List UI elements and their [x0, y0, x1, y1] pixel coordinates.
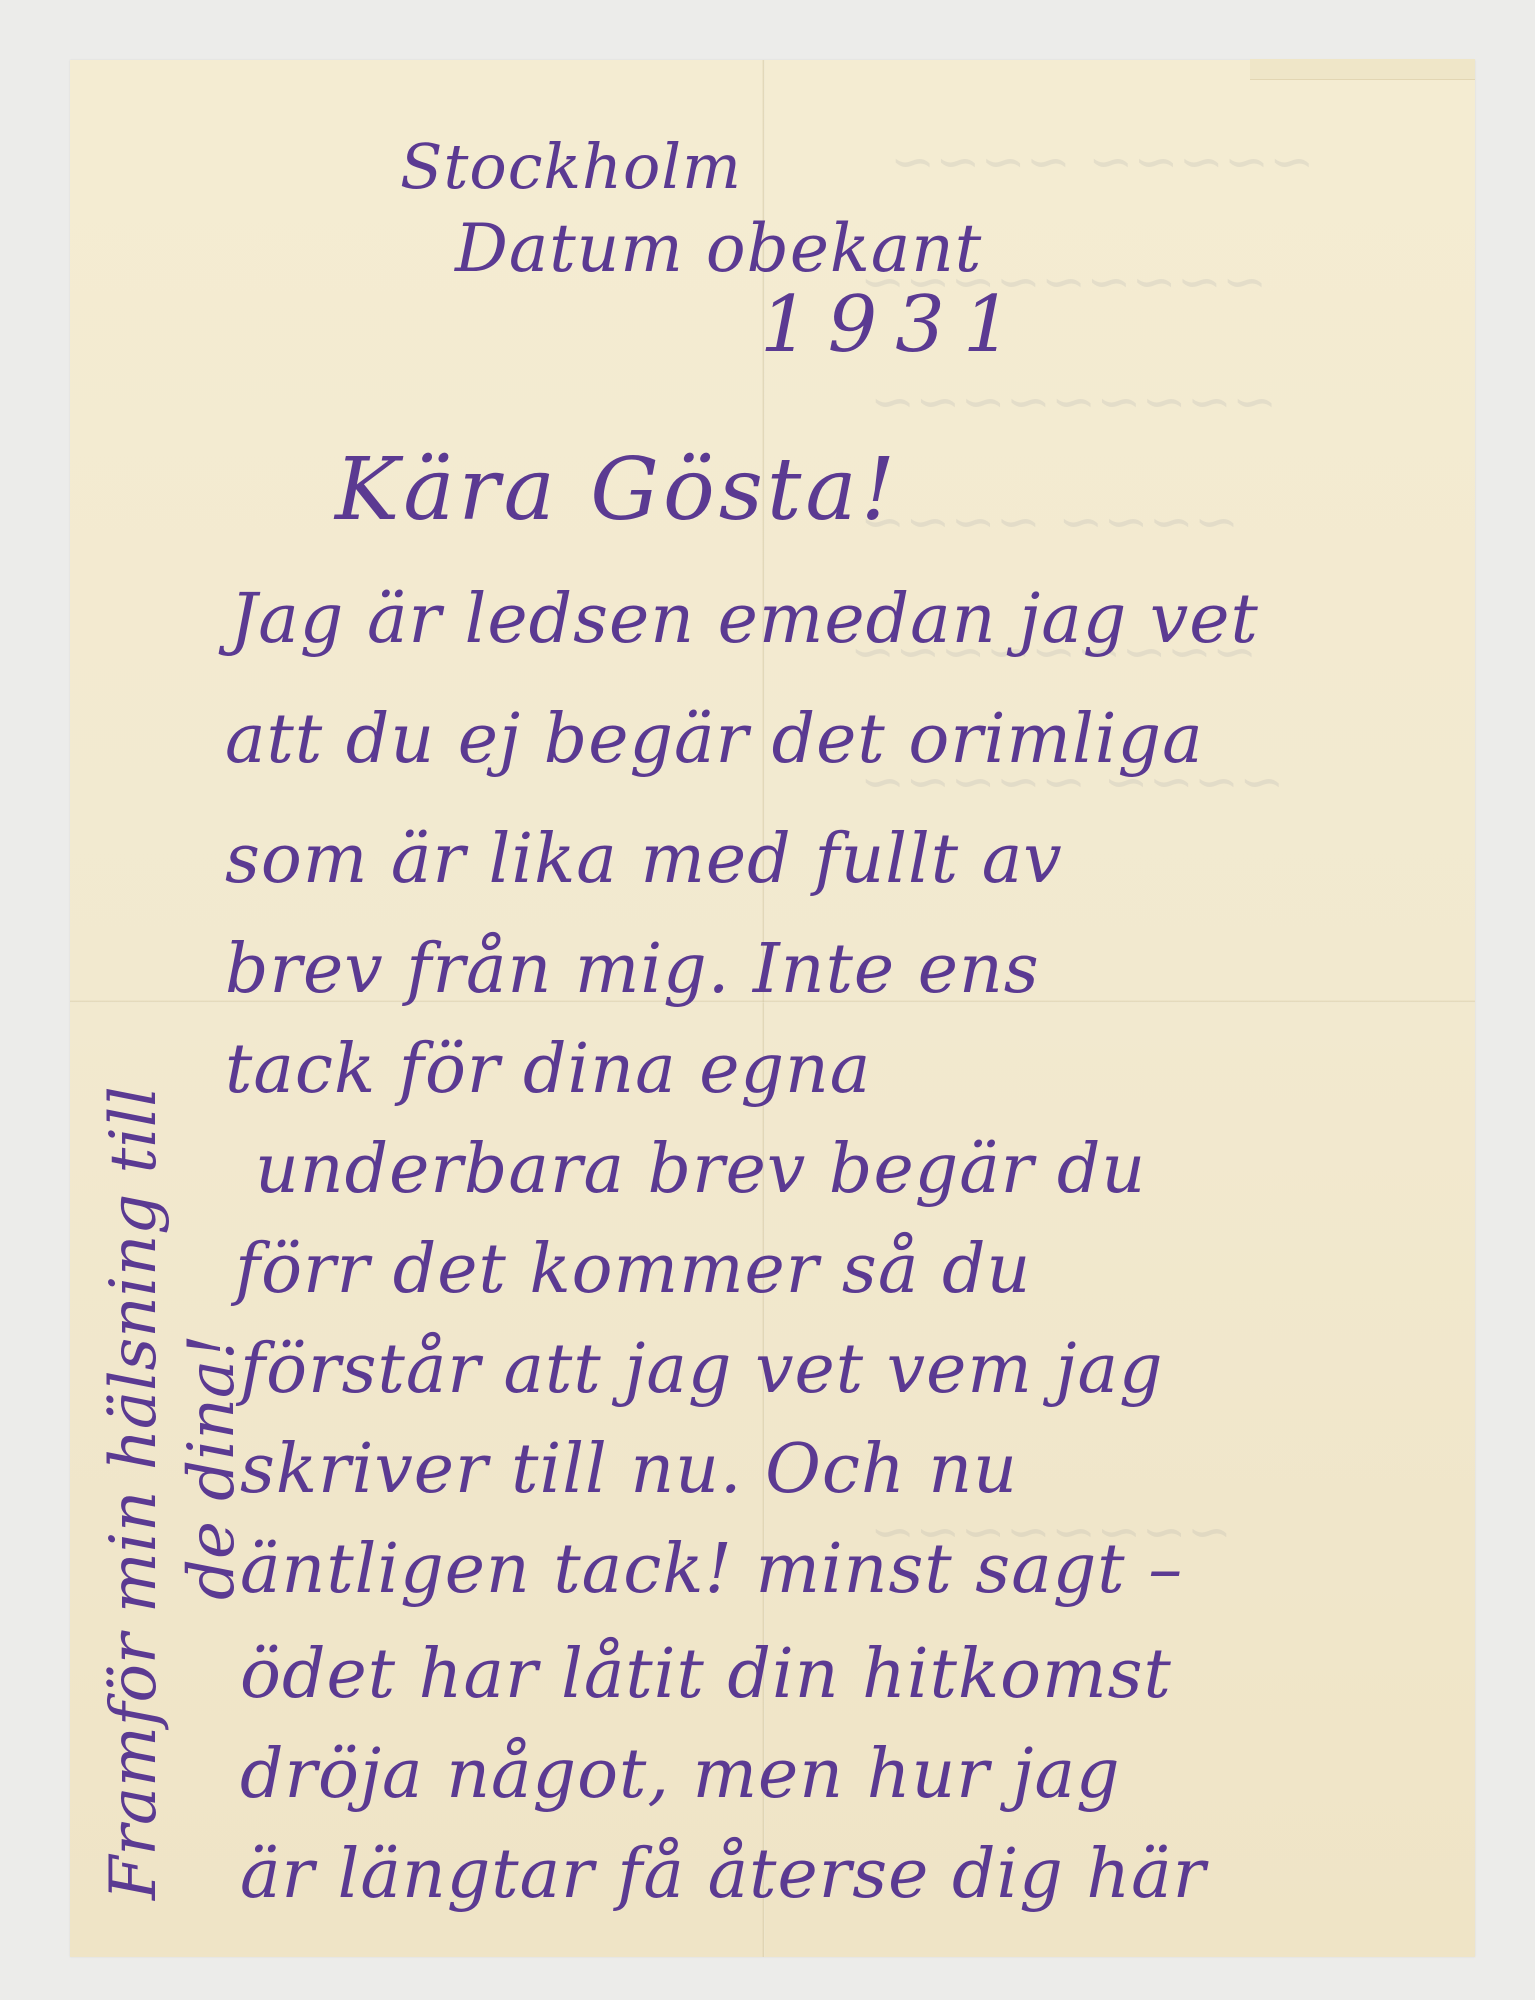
body-line: att du ej begär det orimliga	[225, 700, 1204, 779]
body-line: brev från mig. Inte ens	[225, 930, 1040, 1009]
letter-place: Stockholm	[400, 130, 742, 203]
paper-edge-strip	[1250, 59, 1475, 80]
margin-note-line: Framför min hälsning till	[95, 1086, 173, 1900]
letter-salutation: Kära Gösta!	[335, 440, 899, 540]
letter-paper: ~~~~~ ~~~~ ~~~~~~~~~ ~~~~~~~~~ ~~~~ ~~~~…	[70, 60, 1475, 1957]
body-line: skriver till nu. Och nu	[240, 1430, 1018, 1509]
bleed-through-text: ~~~~ ~~~~	[860, 490, 1239, 553]
body-line: ödet har låtit din hitkomst	[240, 1635, 1172, 1714]
margin-note-line: de dina!	[173, 1086, 251, 1900]
body-line: underbara brev begär du	[255, 1130, 1146, 1209]
body-line: äntligen tack! minst sagt –	[240, 1530, 1183, 1609]
bleed-through-text: ~~~~~ ~~~~	[890, 130, 1314, 193]
body-line: förstår att jag vet vem jag	[240, 1330, 1164, 1409]
body-line: dröja något, men hur jag	[240, 1735, 1121, 1814]
body-line: förr det kommer så du	[235, 1230, 1031, 1309]
margin-note: Framför min hälsning till de dina!	[95, 1086, 251, 1900]
letter-date-note: Datum obekant	[455, 210, 982, 287]
letter-year: 1931	[760, 280, 1031, 370]
bleed-through-text: ~~~~~~~~~	[870, 370, 1277, 433]
body-line: är längtar få återse dig här	[240, 1835, 1206, 1914]
body-line: tack för dina egna	[225, 1030, 871, 1109]
body-line: Jag är ledsen emedan jag vet	[230, 580, 1259, 659]
body-line: som är lika med fullt av	[225, 820, 1063, 899]
